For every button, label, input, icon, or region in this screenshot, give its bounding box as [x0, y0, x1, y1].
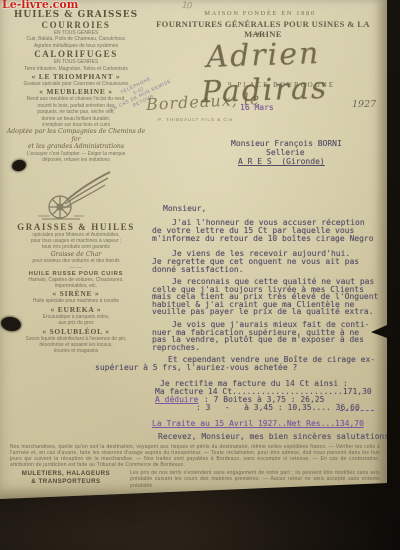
typed-line: Recevez, Monsieur, mes bien sincères sal…	[158, 432, 394, 441]
typed-line: : 3 - à 3,45 : 10,35.... 36,60	[196, 403, 360, 412]
photo-background: MAISON FONDÉE EN 1880 FOURNITURES GÉNÉRA…	[0, 0, 400, 550]
typed-line: Monsieur François BORNI	[231, 139, 342, 148]
watermark-le-livre: Le-livre.com	[2, 0, 78, 11]
clients-caps-block: MULETIERS, HALAGEURS & TRANSPORTEURS	[10, 470, 122, 488]
typed-line: donné satisfaction.	[152, 265, 244, 274]
letter-paper: MAISON FONDÉE EN 1880 FOURNITURES GÉNÉRA…	[0, 0, 387, 500]
typed-line: A déduire	[155, 395, 198, 404]
typed-line: 16 Mars	[240, 103, 274, 112]
pencil-note: 10	[181, 0, 192, 11]
fine-print-right-paragraph: Les prix de nos tarifs s'entendent sans …	[130, 470, 380, 488]
typed-line: m'informez du retour de 10 boîtes cirage…	[152, 234, 374, 243]
typed-line: veuille pas payer le prix de la qualité …	[152, 307, 374, 316]
fine-print-paragraph: Nos marchandises, quelle qu'en soit la d…	[10, 444, 380, 468]
typed-line: supérieur à 5 frs, l'auriez-vous achetée…	[95, 363, 297, 372]
clients-caps-line: & TRANSPORTEURS	[10, 478, 122, 486]
fine-print-conditions: Nos marchandises, quelle qu'en soit la d…	[10, 444, 380, 489]
typed-letter-body: 16 MarsMonsieur François BORNISellerieA …	[0, 0, 387, 500]
typed-line: reproches.	[152, 343, 200, 352]
typed-line: Sellerie	[266, 148, 305, 157]
typed-line: Monsieur,	[163, 204, 206, 213]
clients-caps-line: MULETIERS, HALAGEURS	[10, 470, 122, 478]
purple-dash-underline	[340, 410, 374, 411]
typed-line: A R E S (Gironde)	[238, 157, 325, 166]
typed-line: La Traite au 15 Avril 1927..Net Res...13…	[152, 419, 364, 428]
